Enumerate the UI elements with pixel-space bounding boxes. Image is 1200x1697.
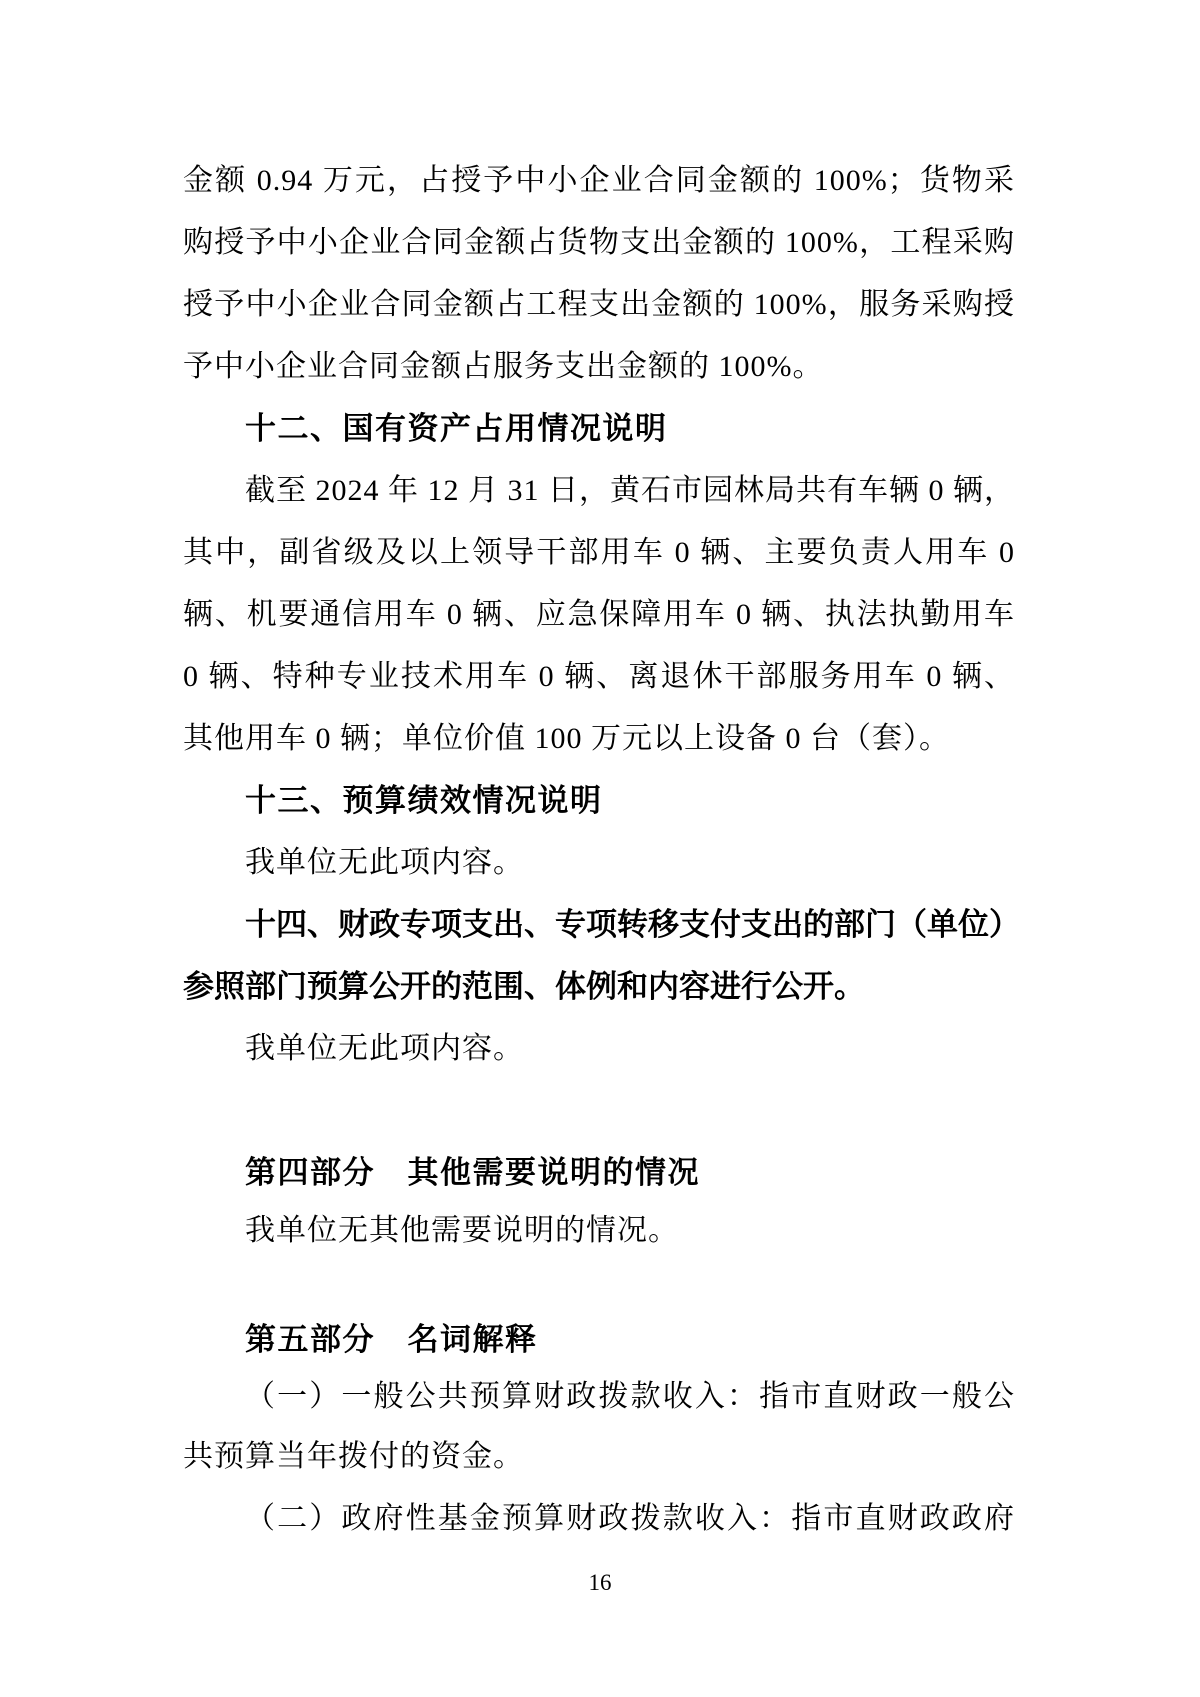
section-gap: [183, 1080, 1015, 1144]
part-4-heading: 第四部分 其他需要说明的情况: [183, 1144, 1015, 1202]
section-13-heading: 十三、预算绩效情况说明: [183, 770, 1015, 832]
paragraph-line: 授予中小企业合同金额占工程支出金额的 100%，服务采购授: [183, 274, 1015, 336]
document-content: 金额 0.94 万元，占授予中小企业合同金额的 100%；货物采 购授予中小企业…: [183, 150, 1015, 1550]
paragraph-line: 我单位无此项内容。: [183, 1018, 1015, 1080]
paragraph-line: 共预算当年拨付的资金。: [183, 1426, 1015, 1488]
paragraph-line: 我单位无此项内容。: [183, 832, 1015, 894]
paragraph-line: 其他用车 0 辆；单位价值 100 万元以上设备 0 台（套）。: [183, 708, 1015, 770]
paragraph-line: （二）政府性基金预算财政拨款收入：指市直财政政府: [183, 1488, 1015, 1550]
page-number: 16: [0, 1568, 1200, 1598]
paragraph-line: 截至 2024 年 12 月 31 日，黄石市园林局共有车辆 0 辆，: [183, 460, 1015, 522]
paragraph-line: 金额 0.94 万元，占授予中小企业合同金额的 100%；货物采: [183, 150, 1015, 212]
paragraph-line: 予中小企业合同金额占服务支出金额的 100%。: [183, 336, 1015, 398]
paragraph-line: （一）一般公共预算财政拨款收入：指市直财政一般公: [183, 1368, 1015, 1426]
section-12-heading: 十二、国有资产占用情况说明: [183, 398, 1015, 460]
paragraph-line: 购授予中小企业合同金额占货物支出金额的 100%，工程采购: [183, 212, 1015, 274]
section-14-heading-line-2: 参照部门预算公开的范围、体例和内容进行公开。: [183, 956, 1015, 1018]
paragraph-line: 辆、机要通信用车 0 辆、应急保障用车 0 辆、执法执勤用车: [183, 584, 1015, 646]
paragraph-line: 0 辆、特种专业技术用车 0 辆、离退休干部服务用车 0 辆、: [183, 646, 1015, 708]
document-page: 金额 0.94 万元，占授予中小企业合同金额的 100%；货物采 购授予中小企业…: [0, 0, 1200, 1697]
paragraph-line: 其中，副省级及以上领导干部用车 0 辆、主要负责人用车 0: [183, 522, 1015, 584]
part-5-heading: 第五部分 名词解释: [183, 1312, 1015, 1368]
section-gap: [183, 1260, 1015, 1312]
paragraph-line: 我单位无其他需要说明的情况。: [183, 1202, 1015, 1260]
section-14-heading-line-1: 十四、财政专项支出、专项转移支付支出的部门（单位）: [183, 894, 1015, 956]
